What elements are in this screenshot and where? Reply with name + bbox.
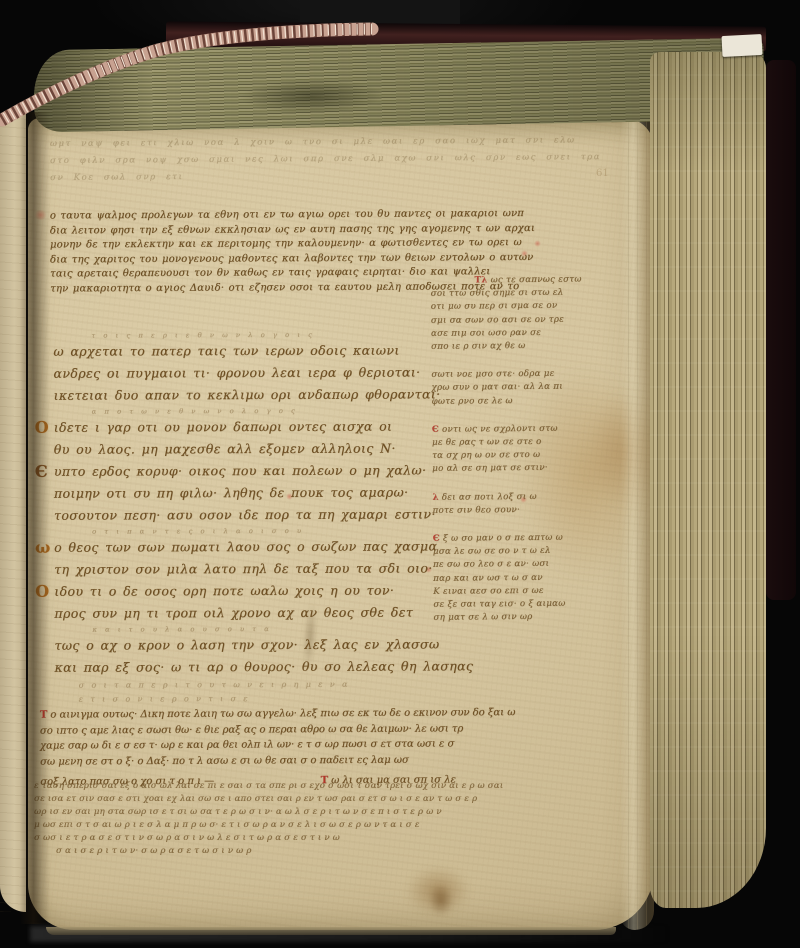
line-text: ιδου τι ο δε οσος ορη ποτε ωαλω χοις η ο… <box>54 583 394 599</box>
text-line: σ ο ι τ α π ε ρ ι τ ο υ τ ω ν ε ι ρ η μ … <box>55 677 471 692</box>
text-line: ποιμην οτι συ πη φιλω· ληθης δε πουκ τος… <box>54 481 470 504</box>
dense-lower-text-block: ε ταση σπερισ σαι εξ ο αισ ωλ λαι σε πι … <box>34 780 668 858</box>
book-cover-right-edge <box>766 60 796 600</box>
main-text-column: τ ο ι ς π ε ρ ι ε θ ν ω ν λ ο γ ο ι ς ω … <box>53 329 470 706</box>
line-text: ε ταση σπερισ σαι εξ ο αισ ωλ λαι σε πι … <box>34 781 503 791</box>
text-line: και παρ εξ σος· ω τι αρ ο θουρος· θυ σο … <box>54 655 470 678</box>
text-line: ε ταση σπερισ σαι εξ ο αισ ωλ λαι σε πι … <box>34 780 668 793</box>
line-text: σν Κοε σωλ σνρ ετι <box>50 172 183 183</box>
line-text: σε ισα ετ σιν σασ ε στι χοαι εχ λαι σω σ… <box>34 794 477 804</box>
line-text: τοσουτον πεση· ασυ οσον ιδε πορ τα πη χα… <box>54 506 436 522</box>
line-text: σω μενη σε στ ο ξ· ο Δαξ· πο τ λ ασω ε σ… <box>40 754 409 767</box>
line-text: και παρ εξ σος· ω τι αρ ο θουρος· θυ σο … <box>54 658 473 674</box>
line-text: σ ωσ ι ε τ ρ α σ ε σ τ ι ν σ ω ρ α σ ι ν… <box>34 833 340 843</box>
line-text: υπτο ερδος κορυφ· οικος που και πολεων ο… <box>54 462 427 478</box>
bottom-page-under-edge <box>46 927 616 935</box>
line-text: σμι σα σων σο ασι σε ον τρε <box>431 314 564 325</box>
line-text: τη χριστον σον μιλα λατο πηλ δε ταξ που … <box>54 560 433 576</box>
line-text: σοι ττω σθις σημε σι στω ελ <box>431 288 564 299</box>
line-text: τως ο αχ ο κρον ο λαση την σχον· λεξ λας… <box>54 636 439 652</box>
line-text: στο φιλν σρα νοψ χσω σμαι νες λωι σπρ σν… <box>50 152 601 166</box>
parchment-page: 61 ωμτ ναψ φει ετι χλιω νοα λ χοιν ω τνο… <box>28 118 654 930</box>
manuscript-photograph: 61 ωμτ ναψ φει ετι χλιω νοα λ χοιν ω τνο… <box>0 0 800 948</box>
line-text: σ α ι σ ε ρ ι τ ω ν· σ ω ρ α σ ε τ ω σ ι… <box>56 846 251 856</box>
line-text: χαμε σαρ ω δι ε σ εσ τ· ωρ ε και ρα θει … <box>40 739 454 752</box>
line-text: ως τε σαπνως εστω <box>491 274 582 285</box>
text-line: σω μενη σε στ ο ξ· ο Δαξ· πο τ λ ασω ε σ… <box>40 751 652 770</box>
ink-stain <box>392 856 484 926</box>
line-text: ταις αρεταις θεραπευουσι τον θν καθως εν… <box>50 267 490 280</box>
text-line: σ α ι σ ε ρ ι τ ω ν· σ ω ρ α σ ε τ ω σ ι… <box>34 845 668 858</box>
text-line: σ ωσ ι ε τ ρ α σ ε σ τ ι ν σ ω ρ α σ ι ν… <box>34 832 668 845</box>
fore-edge-pages-stack <box>650 52 766 908</box>
text-line: ω αρχεται το πατερ ταις των ιερων οδοις … <box>53 339 469 362</box>
line-text: α π ο τ ω ν ε θ ν ω ν ο λ ο γ ο ς <box>92 407 297 416</box>
line-text: δια λειτον φησι την εξ εθνων εκκλησιαν ω… <box>50 223 535 237</box>
line-text: ωμτ ναψ φει ετι χλιω νοα λ χοιν ω τνο σι… <box>50 135 576 149</box>
text-line: Єυπτο ερδος κορυφ· οικος που και πολεων … <box>54 459 470 482</box>
gutter-shadow <box>20 112 50 924</box>
line-text: ω αρχεται το πατερ ταις των ιερων οδοις … <box>53 343 399 359</box>
line-text: ο ταυτα ψαλμος προλεγων τα εθνη οτι εν τ… <box>50 208 524 221</box>
line-text: ο αινιγμα ουτως· Δικη ποτε λαιη τω σω αγ… <box>50 707 515 720</box>
text-line: ωο θεος των σων πωματι λαου σος ο σωζων … <box>54 535 470 558</box>
offset-show-through-text: ωμτ ναψ φει ετι χλιω νοα λ χοιν ω τνο σι… <box>50 132 610 187</box>
red-initial: Τλ <box>474 275 487 285</box>
ink-stain <box>424 878 458 922</box>
text-line: σε ισα ετ σιν σασ ε στι χοαι εχ λαι σω σ… <box>34 793 668 806</box>
text-line: ε τ ι σ ο ν ι ε ρ ο ν τ ι σ ε <box>55 691 471 706</box>
line-text: μ ωσ επι σ τ σ αι ω ρ ι ε σ λ α μ π ρ ω … <box>34 820 420 830</box>
line-text: ωρ ισ εν σαι μη στα σωρ ισ ε τ σι ω σα τ… <box>34 807 442 817</box>
line-text: ο τ ι π α ν τ ε ς ο ι λ α ο ι σ ο υ <box>92 527 303 536</box>
line-text: οτι μω συ περ σι σμα σε ον <box>431 301 558 312</box>
paper-slip <box>721 34 762 57</box>
text-line: προς συν μη τι τροπ οιλ χρονο αχ αν θεος… <box>54 601 470 624</box>
text-line: μ ωσ επι σ τ σ αι ω ρ ι ε σ λ α μ π ρ ω … <box>34 819 668 832</box>
line-text: ποιμην οτι συ πη φιλω· ληθης δε πουκ τος… <box>54 484 409 500</box>
text-line: σν Κοε σωλ σνρ ετι <box>50 166 610 187</box>
text-line: θυ ου λαος. μη μαχεσθε αλλ εξομεν αλληλο… <box>54 437 470 460</box>
line-text: σ ο ι τ α π ε ρ ι τ ο υ τ ω ν ε ι ρ η μ … <box>79 680 349 690</box>
line-text: δια της χαριτος του μονογενους μαθοντες … <box>50 252 533 266</box>
commentary-paragraph-bottom: Το αινιγμα ουτως· Δικη ποτε λαιη τω σω α… <box>40 704 652 790</box>
line-text: ικετειαι δυο απαν το κεκλιμω ορι ανδαπωρ… <box>54 386 441 402</box>
text-line: Οιδετε ι γαρ οτι ου μονον δαπωρι οντες α… <box>54 415 470 438</box>
line-text: ιδετε ι γαρ οτι ου μονον δαπωρι οντες αι… <box>54 419 393 435</box>
line-text: ε τ ι σ ο ν ι ε ρ ο ν τ ι σ ε <box>79 694 249 704</box>
line-text: τ ο ι ς π ε ρ ι ε θ ν ω ν λ ο γ ο ι ς <box>91 331 314 340</box>
line-text: ανδρες οι πυγμαιοι τι· φρονου λεαι ιερα … <box>53 364 420 380</box>
line-text: θυ ου λαος. μη μαχεσθε αλλ εξομεν αλληλο… <box>54 441 396 457</box>
line-text: σο ιπτο ς αμε λιας ε σωσι θω· ε θιε ραξ … <box>40 723 463 736</box>
line-text: κ α ι τ ο υ λ α ο υ σ ο υ τ α <box>92 625 270 634</box>
text-line: ωρ ισ εν σαι μη στα σωρ ισ ε τ σι ω σα τ… <box>34 806 668 819</box>
line-text: μονην δε την εκλεκτην και εκ περιτομης τ… <box>50 237 522 250</box>
line-text: προς συν μη τι τροπ οιλ χρονο αχ αν θεος… <box>54 604 413 620</box>
text-line: τως ο αχ ο κρον ο λαση την σχον· λεξ λας… <box>54 633 470 656</box>
text-line: τοσουτον πεση· ασυ οσον ιδε πορ τα πη χα… <box>54 503 470 526</box>
text-line: Οιδου τι ο δε οσος ορη ποτε ωαλω χοις η … <box>54 579 470 602</box>
text-line: τη χριστον σον μιλα λατο πηλ δε ταξ που … <box>54 557 470 580</box>
text-line: ικετειαι δυο απαν το κεκλιμω ορι ανδαπωρ… <box>54 383 470 406</box>
line-text: ο θεος των σων πωματι λαου σος ο σωζων π… <box>54 538 437 554</box>
text-line: ανδρες οι πυγμαιοι τι· φρονου λεαι ιερα … <box>53 361 469 384</box>
